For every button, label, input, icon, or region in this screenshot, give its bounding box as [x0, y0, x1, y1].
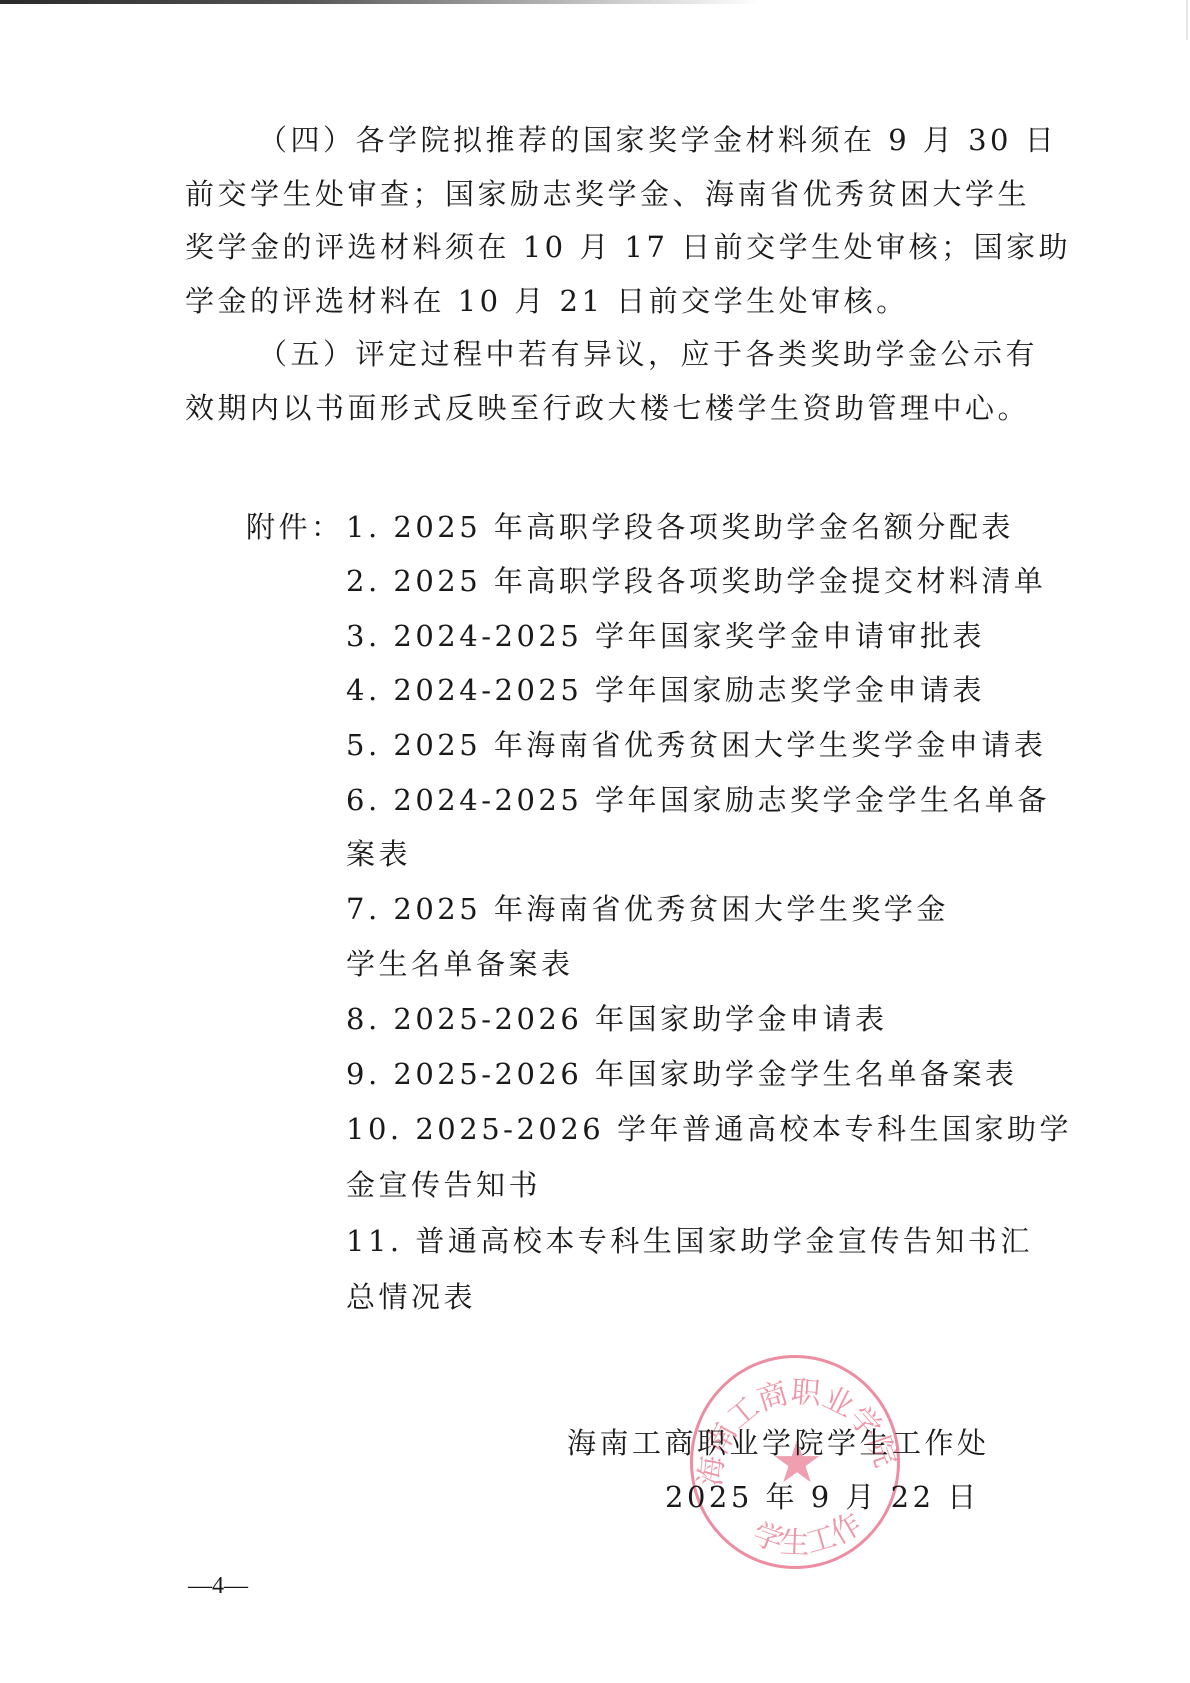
attachment-item-4: 4. 2024-2025 学年国家励志奖学金申请表 [346, 672, 985, 708]
page-number: —4— [188, 1571, 248, 1601]
attachment-item-6-line-2: 案表 [346, 836, 411, 872]
attachment-item-10-line-1: 10. 2025-2026 学年普通高校本专科生国家助学 [346, 1111, 1072, 1147]
section-four-line-1: （四）各学院拟推荐的国家奖学金材料须在 9 月 30 日 [258, 122, 1057, 158]
attachment-item-5: 5. 2025 年海南省优秀贫困大学生奖学金申请表 [346, 727, 1046, 763]
attachment-item-8: 8. 2025-2026 年国家助学金申请表 [346, 1001, 888, 1037]
section-four-line-3: 奖学金的评选材料须在 10 月 17 日前交学生处审核；国家助 [185, 229, 1007, 265]
attachment-item-1: 1. 2025 年高职学段各项奖助学金名额分配表 [346, 509, 1014, 545]
scan-edge-right [1186, 0, 1188, 40]
scan-edge-shadow [0, 0, 760, 4]
section-five-line-2: 效期内以书面形式反映至行政大楼七楼学生资助管理中心。 [185, 390, 1030, 426]
attachment-item-2: 2. 2025 年高职学段各项奖助学金提交材料清单 [346, 563, 1046, 599]
attachment-item-11-line-1: 11. 普通高校本专科生国家助学金宣传告知书汇 [346, 1223, 1033, 1259]
signature-organization: 海南工商职业学院学生工作处 [567, 1425, 990, 1461]
section-four-line-2: 前交学生处审查；国家励志奖学金、海南省优秀贫困大学生 [185, 176, 1007, 212]
official-seal: 海南工商职业学院 学生工作处 ★ [690, 1355, 900, 1569]
attachments-label: 附件： [246, 509, 344, 545]
attachment-item-11-line-2: 总情况表 [346, 1279, 476, 1315]
attachment-item-10-line-2: 金宣传告知书 [346, 1167, 541, 1203]
attachment-item-7-line-2: 学生名单备案表 [346, 946, 574, 982]
attachment-item-6-line-1: 6. 2024-2025 学年国家励志奖学金学生名单备 [346, 782, 1050, 818]
section-five-line-1: （五）评定过程中若有异议，应于各类奖助学金公示有 [258, 336, 1007, 372]
attachment-item-7-line-1: 7. 2025 年海南省优秀贫困大学生奖学金 [346, 891, 949, 927]
attachment-item-3: 3. 2024-2025 学年国家奖学金申请审批表 [346, 618, 985, 654]
attachment-item-9: 9. 2025-2026 年国家助学金学生名单备案表 [346, 1056, 1018, 1092]
section-four-line-4: 学金的评选材料在 10 月 21 日前交学生处审核。 [185, 283, 909, 319]
signature-date: 2025 年 9 月 22 日 [665, 1479, 980, 1515]
